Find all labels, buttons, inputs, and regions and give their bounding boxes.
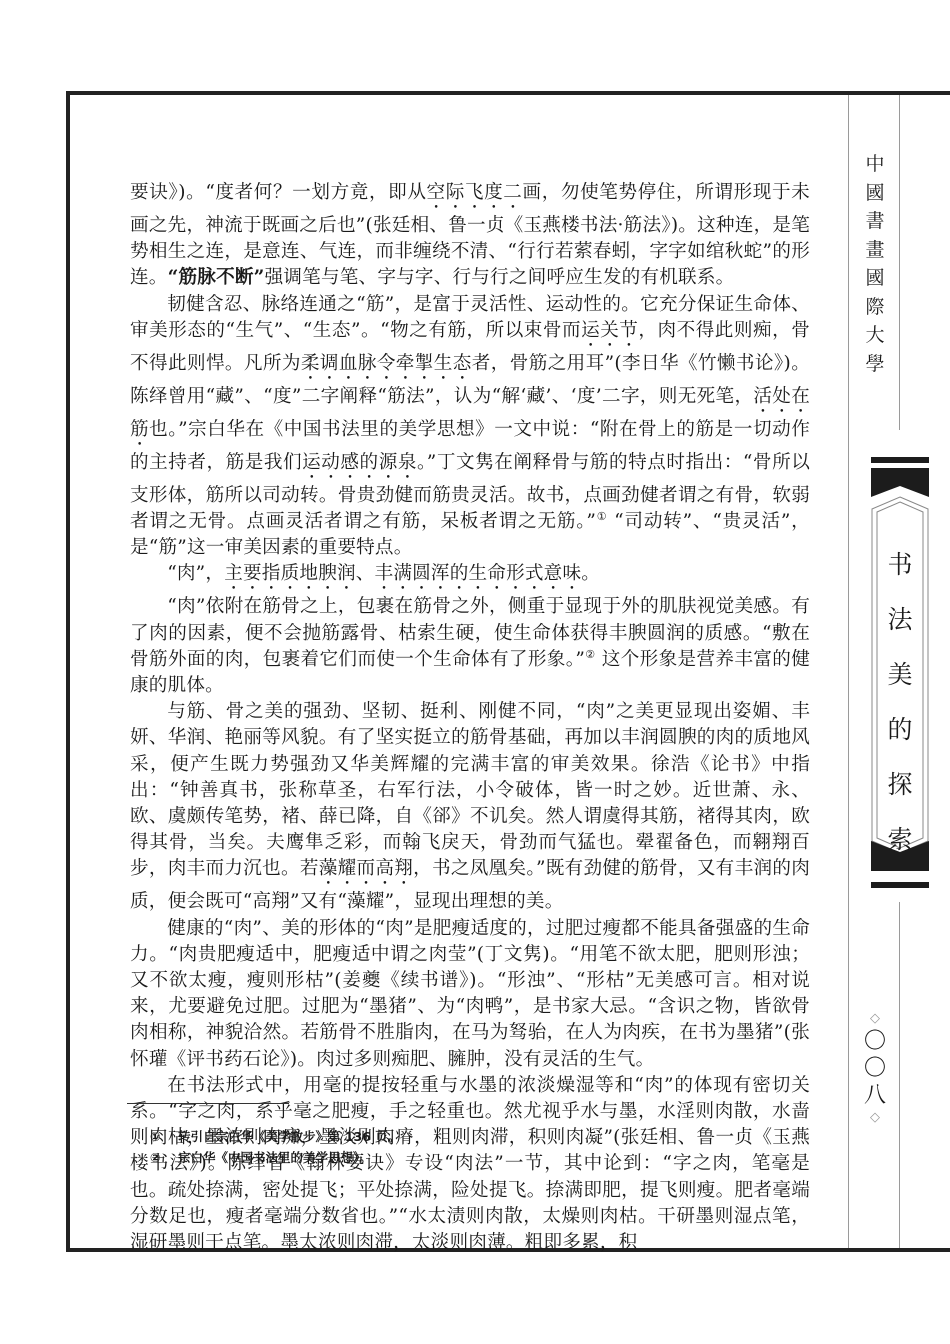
banner-top-bar — [871, 457, 929, 463]
footnote-2: ② 宗白华《中国书法里的美学思想》。 — [150, 1147, 400, 1168]
footnote-ref-2[interactable]: ② — [585, 648, 595, 661]
footnote-marker: ① — [150, 1126, 178, 1147]
book-title-vertical: 书 法 美 的 探 索 — [871, 537, 929, 867]
book-title-banner: 书 法 美 的 探 索 — [871, 457, 929, 888]
main-text-column: 要诀》)。“度者何？一划方竟，即从空际飞度二画，勿使笔势停住，所谓形现于未画之先… — [130, 180, 810, 1256]
sidebar-divider-line — [848, 95, 849, 1248]
footnote-marker: ② — [150, 1147, 178, 1168]
emphasis-dots: 主要指质地腴润、丰满圆浑的生命形式意味 — [224, 563, 581, 584]
banner-bottom-bar — [871, 882, 929, 888]
footnote-1: ① 转引自宗白华《美学散步》第 136 页。 — [150, 1126, 400, 1147]
emphasis-dots: 运动感的源泉 — [302, 452, 417, 473]
emphasis-dots: 空际飞度二 — [427, 182, 523, 203]
footnotes: ① 转引自宗白华《美学散步》第 136 页。 ② 宗白华《中国书法里的美学思想》… — [150, 1126, 400, 1168]
page-frame-left-border — [66, 91, 70, 1252]
diamond-ornament-icon: ◇ — [862, 1010, 888, 1028]
emphasis-dots: 柔调血脉令牵掣生态 — [301, 353, 472, 374]
emphasis-dots: 运关节 — [581, 320, 638, 341]
page-frame-top-border — [66, 91, 950, 95]
diamond-ornament-icon: ◇ — [862, 1109, 888, 1127]
paragraph-4: “肉”依附在筋骨之上，包裹在筋骨之外，侧重于显现于外的肌肤视觉美感。有了肉的因素… — [130, 594, 810, 699]
paragraph-2: 韧健含忍、脉络连通之“筋”，是富于灵活性、运动性的。它充分保证生命体、审美形态的… — [130, 292, 810, 562]
bold-term: “筋脉不断” — [168, 267, 265, 288]
sidebar-inner-line-top — [899, 95, 900, 430]
paragraph-5: 与筋、骨之美的强劲、坚韧、挺利、刚健不同，“肉”之美更显现出姿媚、丰妍、华润、艳… — [130, 699, 810, 915]
footnote-text: 宗白华《中国书法里的美学思想》。 — [178, 1147, 372, 1168]
footnote-text: 转引自宗白华《美学散步》第 136 页。 — [178, 1126, 400, 1147]
banner-bottom-chevron-icon — [871, 841, 929, 881]
paragraph-6: 健康的“肉”、美的形体的“肉”是肥瘦适度的，过肥过瘦都不能具备强盛的生命力。“肉… — [130, 916, 810, 1073]
footnote-ref-1[interactable]: ① — [596, 510, 607, 523]
page-number-vertical: ◇ 〇 〇 八 ◇ — [862, 1010, 888, 1127]
paragraph-1: 要诀》)。“度者何？一划方竟，即从空际飞度二画，勿使笔势停住，所谓形现于未画之先… — [130, 180, 810, 292]
series-title-vertical: 中 國 書 畫 國 際 大 學 — [862, 150, 888, 378]
sidebar-inner-line-bottom — [899, 902, 900, 1248]
footnote-separator — [127, 1103, 289, 1104]
emphasis-dots: 藻耀而高翔 — [319, 858, 413, 879]
paragraph-3: “肉”，主要指质地腴润、丰满圆浑的生命形式意味。 — [130, 561, 810, 594]
